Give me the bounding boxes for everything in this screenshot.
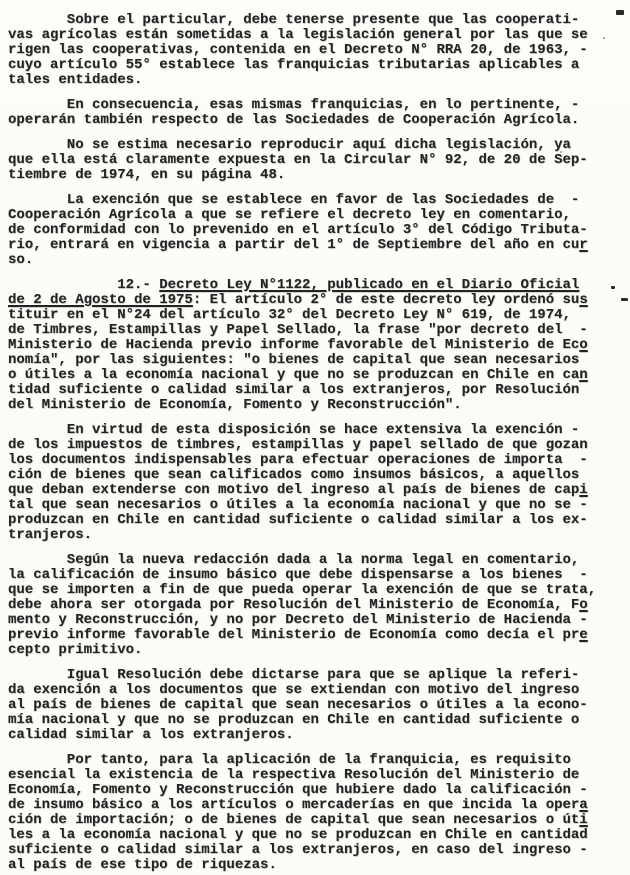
text-segment: da exención a los documentos que se exti… <box>8 682 579 698</box>
text-segment: que deban extenderse con motivo del ingr… <box>8 482 579 498</box>
text-segment: rigen las cooperativas, contenida en el … <box>8 42 588 58</box>
text-segment: al país de bienes de capital que sean ne… <box>8 697 588 713</box>
underlined-text-segment: r <box>579 237 587 253</box>
text-segment: No se estima necesario reproducir aquí d… <box>8 137 571 153</box>
text-segment: 12.- <box>8 277 159 293</box>
underlined-text-segment: Decreto Ley N°1122, publicado en el Diar… <box>159 277 579 293</box>
text-segment: mía nacional y que no se produzcan en Ch… <box>8 712 579 728</box>
paragraph-2: En consecuencia, esas mismas franquicias… <box>8 98 624 128</box>
text-segment: Sobre el particular, debe tenerse presen… <box>8 12 579 28</box>
text-segment: Economía, Fomento y Reconstrucción que h… <box>8 782 588 798</box>
text-segment: Según la nueva redacción dada a la norma… <box>8 552 579 568</box>
text-segment: cepto primitivo. <box>8 642 142 658</box>
paragraph-6: En virtud de esta disposición se hace ex… <box>8 423 624 543</box>
text-segment: operarán también respecto de las Socieda… <box>8 112 579 128</box>
text-segment: de Timbres, Estampillas y Papel Sellado,… <box>8 322 588 338</box>
paragraph-3: No se estima necesario reproducir aquí d… <box>8 138 624 183</box>
scan-artifact <box>560 151 562 153</box>
text-segment: nomía", por las siguientes: "o bienes de… <box>8 352 579 368</box>
text-segment: suficiente o calidad similar a los extra… <box>8 842 588 858</box>
underlined-text-segment: o <box>579 337 587 353</box>
text-segment: La exención que se establece en favor de… <box>8 192 579 208</box>
text-segment: previo informe favorable del Ministerio … <box>8 627 579 643</box>
text-segment: o útiles a la economía nacional y que no… <box>8 367 579 383</box>
text-segment: de insumo básico a los artículos o merca… <box>8 797 579 813</box>
paragraph-9: Por tanto, para la aplicación de la fran… <box>8 753 624 873</box>
text-segment: ción de bienes que sean calificados como… <box>8 467 579 483</box>
text-segment: la calificación de insumo básico que deb… <box>8 567 588 583</box>
text-segment: so. <box>8 252 33 268</box>
text-segment: que ella está claramente expuesta en la … <box>8 152 588 168</box>
underlined-text-segment: i <box>579 812 587 828</box>
text-segment: Ministerio de Hacienda previo informe fa… <box>8 337 579 353</box>
underlined-text-segment: i <box>579 482 587 498</box>
text-segment: Por tanto, para la aplicación de la fran… <box>8 752 571 768</box>
paragraph-1: Sobre el particular, debe tenerse presen… <box>8 13 624 88</box>
scan-artifact <box>300 122 302 124</box>
text-segment: los documentos indispensables para efect… <box>8 452 588 468</box>
text-segment: de los impuestos de timbres, estampillas… <box>8 437 588 453</box>
text-segment: ción de importación; o de bienes de capi… <box>8 812 579 828</box>
scan-artifact <box>621 298 628 301</box>
text-segment: En consecuencia, esas mismas franquicias… <box>8 97 579 113</box>
document-body: Sobre el particular, debe tenerse presen… <box>8 13 624 873</box>
text-segment: esencial la existencia de la respectiva … <box>8 767 579 783</box>
text-segment: al país de ese tipo de riquezas. <box>8 857 277 873</box>
text-segment: les a la economía nacional y que no se p… <box>8 827 588 843</box>
text-segment: mento y Reconstrucción, y no por Decreto… <box>8 612 588 628</box>
text-segment: que se importen a fin de que pueda opera… <box>8 582 596 598</box>
text-segment: debe ahora ser otorgada por Resolución d… <box>8 597 579 613</box>
text-segment: Igual Resolución debe dictarse para que … <box>8 667 579 683</box>
underlined-text-segment: s <box>579 292 587 308</box>
text-segment: calidad similar a los extranjeros. <box>8 727 294 743</box>
scan-artifact <box>611 286 615 289</box>
paragraph-4: La exención que se establece en favor de… <box>8 193 624 268</box>
text-segment: tranjeros. <box>8 527 92 543</box>
text-segment: tidad suficiente o calidad similar a los… <box>8 382 579 398</box>
text-segment: tal que sean necesarios o útiles a la ec… <box>8 497 588 513</box>
text-segment: vas agrícolas están sometidas a la legis… <box>8 27 588 43</box>
underlined-text-segment: a <box>579 797 587 813</box>
underlined-text-segment: o <box>579 597 587 613</box>
underlined-text-segment: n <box>579 367 587 383</box>
text-segment: : El artículo 2° de este decreto ley ord… <box>193 292 579 308</box>
text-segment: de conformidad con lo prevenido en el ar… <box>8 222 588 238</box>
text-segment: cuyo artículo 55° establece las franquic… <box>8 57 579 73</box>
text-segment: Cooperación Agrícola a que se refiere el… <box>8 207 571 223</box>
text-segment: produzcan en Chile en cantidad suficient… <box>8 512 588 528</box>
text-segment: del Ministerio de Economía, Fomento y Re… <box>8 397 462 413</box>
scan-artifact <box>603 37 605 39</box>
underlined-text-segment: de 2 de Agosto de 1975 <box>8 292 193 308</box>
paragraph-7: Según la nueva redacción dada a la norma… <box>8 553 624 658</box>
scan-artifact <box>616 10 624 15</box>
text-segment: En virtud de esta disposición se hace ex… <box>8 422 579 438</box>
paragraph-5: 12.- Decreto Ley N°1122, publicado en el… <box>8 278 624 413</box>
text-segment: tituir en el N°24 del artículo 32° del D… <box>8 307 571 323</box>
scanned-document-page: Sobre el particular, debe tenerse presen… <box>0 0 630 875</box>
underlined-text-segment: e <box>579 627 587 643</box>
paragraph-8: Igual Resolución debe dictarse para que … <box>8 668 624 743</box>
text-segment: tiembre de 1974, en su página 48. <box>8 167 285 183</box>
text-segment: rio, entrará en vigencia a partir del 1°… <box>8 237 579 253</box>
text-segment: tales entidades. <box>8 72 142 88</box>
